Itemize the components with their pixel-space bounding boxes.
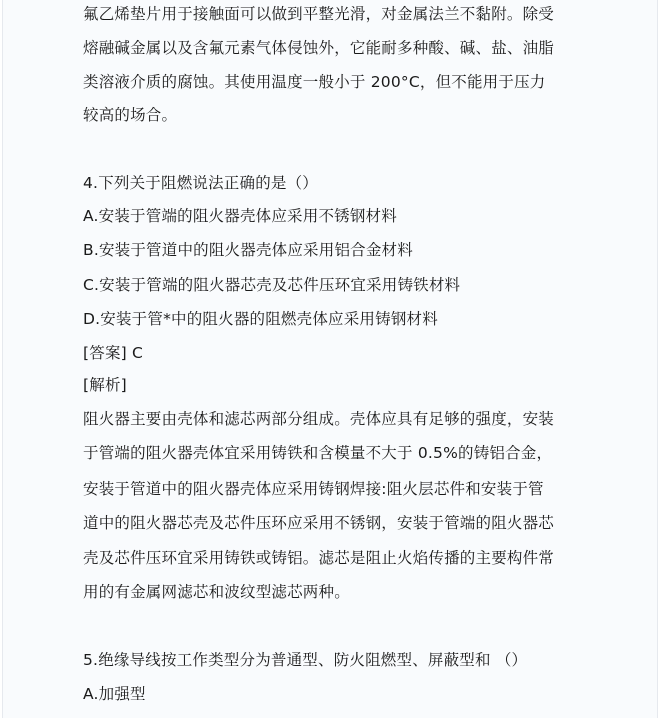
document-page: 氟乙烯垫片用于接触面可以做到平整光滑，对金属法兰不黏附。除受 熔融碱金属以及含氟… <box>2 0 658 718</box>
option-c: C.安装于管端的阻火器芯壳及芯件压环宜采用铸铁材料 <box>83 273 460 297</box>
option-a: A.加强型 <box>83 682 146 706</box>
paragraph-line: 氟乙烯垫片用于接触面可以做到平整光滑，对金属法兰不黏附。除受 <box>83 2 554 26</box>
option-a: A.安装于管端的阻火器壳体应采用不锈钢材料 <box>83 204 397 228</box>
analysis-line: 壳及芯件压环宜采用铸铁或铸铝。滤芯是阻止火焰传播的主要构件常 <box>83 546 554 570</box>
paragraph-line: 熔融碱金属以及含氟元素气体侵蚀外，它能耐多种酸、碱、盐、油脂 <box>83 36 554 60</box>
paragraph-line: 类溶液介质的腐蚀。其使用温度一般小于 200°C，但不能用于压力 <box>83 70 546 94</box>
answer-label: [答案] C <box>83 341 143 365</box>
analysis-line: 安装于管道中的阻火器壳体应采用铸钢焊接:阻火层芯件和安装于管 <box>83 477 544 501</box>
analysis-line: 于管端的阻火器壳体宜采用铸铁和含模量不大于 0.5%的铸铝合金， <box>83 441 552 465</box>
analysis-line: 用的有金属网滤芯和波纹型滤芯两种。 <box>83 580 350 604</box>
question-stem: 5.绝缘导线按工作类型分为普通型、防火阻燃型、屏蔽型和 （） <box>83 648 527 672</box>
analysis-line: 道中的阻火器芯壳及芯件压环应采用不锈钢，安装于管端的阻火器芯 <box>83 511 554 535</box>
paragraph-line: 较高的场合。 <box>83 103 177 127</box>
question-stem: 4.下列关于阻燃说法正确的是（） <box>83 171 318 195</box>
option-d: D.安装于管*中的阻火器的阻燃壳体应采用铸钢材料 <box>83 307 438 331</box>
analysis-line: 阻火器主要由壳体和滤芯两部分组成。壳体应具有足够的强度，安装 <box>83 407 554 431</box>
analysis-label: [解析] <box>83 373 127 397</box>
option-b: B.安装于管道中的阻火器壳体应采用铝合金材料 <box>83 238 413 262</box>
